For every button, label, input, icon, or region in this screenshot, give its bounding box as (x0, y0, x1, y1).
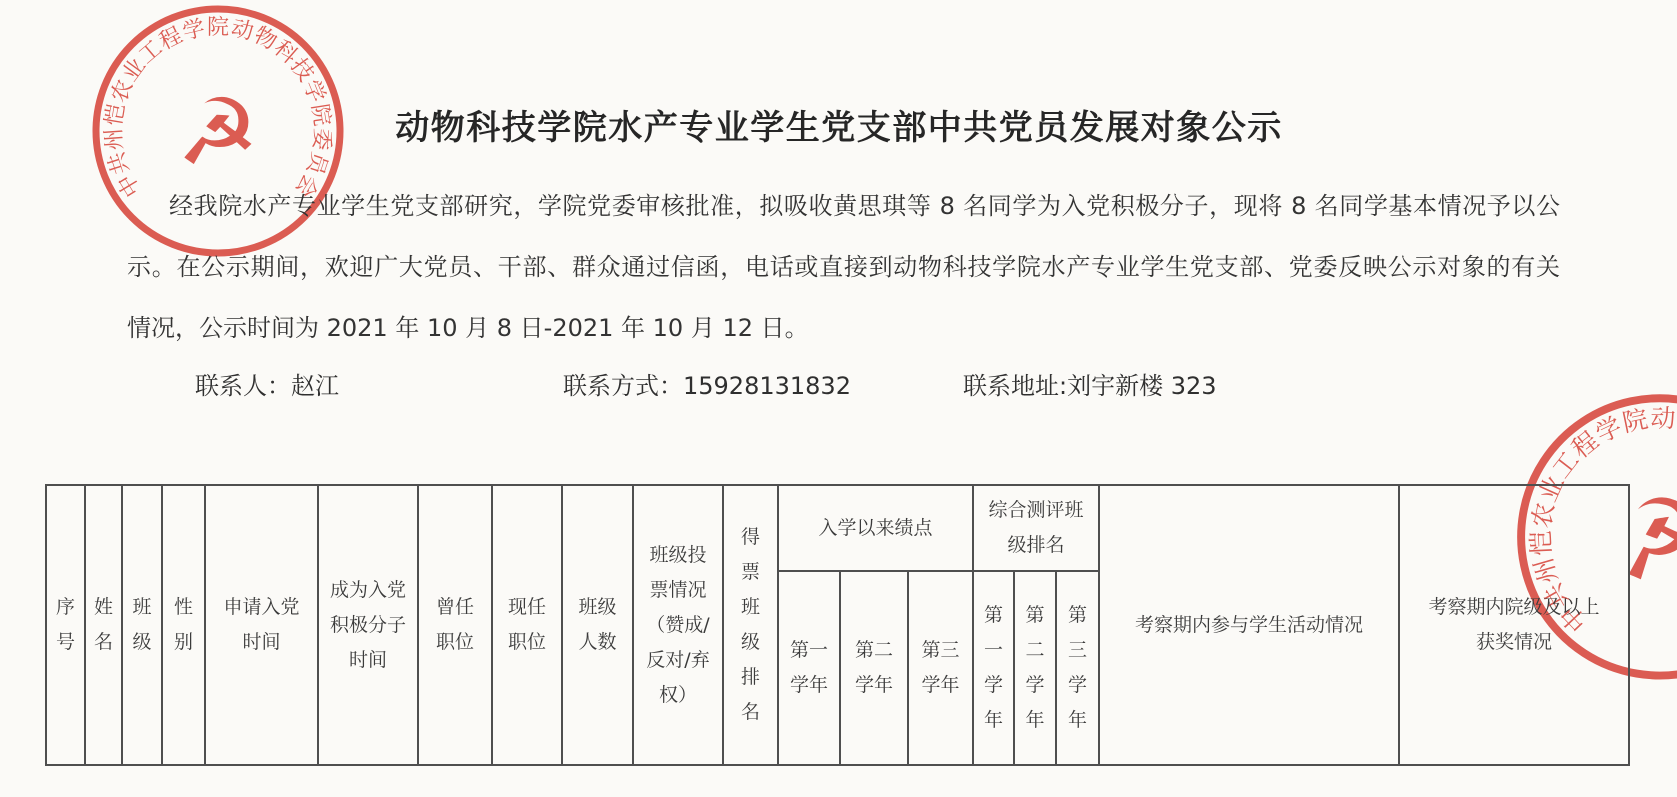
paragraph-line: 经我院水产专业学生党支部研究，学院党委审核批准，拟吸收黄思琪等 8 名同学为入党… (127, 176, 1560, 237)
header-name: 姓 名 (85, 485, 122, 765)
contact-person-label: 联系人： (195, 372, 291, 400)
contact-person-value: 赵江 (291, 372, 339, 400)
header-class: 班 级 (122, 485, 162, 765)
header-apply-date: 申请入党 时间 (205, 485, 318, 765)
paragraph-line: 示。在公示期间，欢迎广大党员、干部、群众通过信函，电话或直接到动物科技学院水产专… (127, 237, 1560, 298)
document-page: 中共州恺农业工程学院动物科技学院委员会 ☭ 中共州恺农业工程学院动物科技学院委员… (0, 0, 1677, 797)
announcement-paragraph: 经我院水产专业学生党支部研究，学院党委审核批准，拟吸收黄思琪等 8 名同学为入党… (127, 176, 1560, 359)
contact-phone-value: 15928131832 (683, 372, 851, 400)
header-gpa-year2: 第二 学年 (840, 571, 908, 765)
page-title: 动物科技学院水产专业学生党支部中共党员发展对象公示 (45, 100, 1633, 149)
header-current-position: 现任 职位 (492, 485, 562, 765)
header-eval-year2: 第 二 学 年 (1014, 571, 1056, 765)
header-gpa-year1: 第一 学年 (778, 571, 840, 765)
header-gpa-year3: 第三 学年 (908, 571, 973, 765)
header-class-vote: 班级投 票情况 （赞成/ 反对/弃 权） (633, 485, 723, 765)
header-former-position: 曾任 职位 (418, 485, 492, 765)
paragraph-line: 情况，公示时间为 2021 年 10 月 8 日-2021 年 10 月 12 … (127, 298, 1560, 359)
header-activity: 考察期内参与学生活动情况 (1099, 485, 1399, 765)
header-gender: 性 别 (162, 485, 205, 765)
contact-phone: 联系方式：15928131832 (563, 366, 851, 401)
header-awards: 考察期内院级及以上 获奖情况 (1399, 485, 1629, 765)
header-class-size: 班级 人数 (562, 485, 633, 765)
header-activist-date: 成为入党 积极分子 时间 (318, 485, 418, 765)
contact-address-label: 联系地址: (963, 372, 1067, 400)
header-gpa-group: 入学以来绩点 (778, 485, 973, 571)
contact-address: 联系地址:刘宇新楼 323 (963, 366, 1217, 401)
contact-phone-label: 联系方式： (563, 372, 683, 400)
candidate-info-table: 序 号 姓 名 班 级 性 别 申请入党 时间 成为入党 积极分子 时间 曾任 … (45, 484, 1630, 766)
header-eval-year1: 第 一 学 年 (973, 571, 1014, 765)
contact-address-value: 刘宇新楼 323 (1067, 372, 1216, 400)
header-eval-year3: 第 三 学 年 (1056, 571, 1099, 765)
header-serial-number: 序 号 (46, 485, 85, 765)
contact-row: 联系人：赵江 联系方式：15928131832 联系地址:刘宇新楼 323 (0, 366, 1677, 406)
contact-person: 联系人：赵江 (195, 366, 339, 401)
header-vote-rank: 得 票 班 级 排 名 (723, 485, 778, 765)
header-eval-group: 综合测评班 级排名 (973, 485, 1099, 571)
